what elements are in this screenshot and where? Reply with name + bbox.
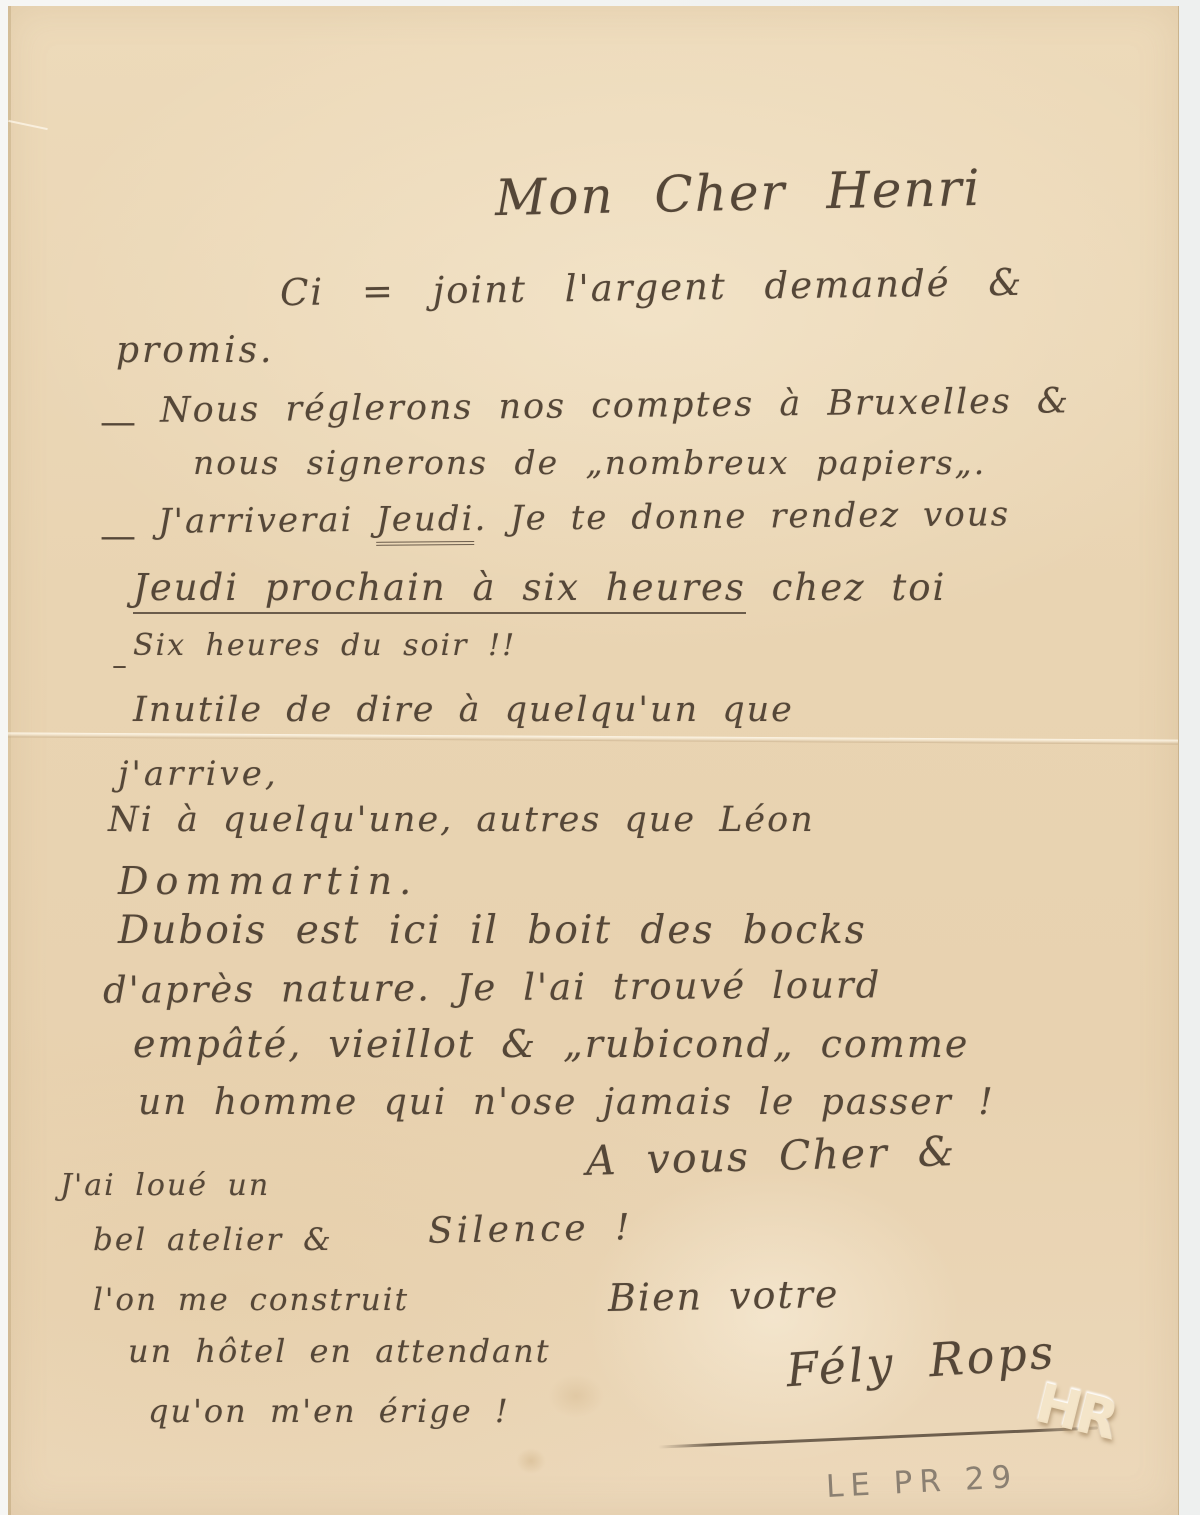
letter-line: promis. [116, 330, 275, 371]
letter-line: nous signerons de „nombreux papiers„. [193, 443, 986, 482]
letter-line: Inutile de dire à quelqu'un que [133, 690, 794, 730]
marginalia-line: bel atelier & [93, 1222, 333, 1258]
line-segment: chez toi [746, 566, 946, 609]
letter-line: Ci = joint l'argent demandé & [280, 261, 1024, 314]
horizontal-fold-crease [8, 732, 1178, 744]
marginalia-line: l'on me construit [93, 1282, 409, 1318]
letter-line: Jeudi prochain à six heures chez toi [133, 566, 946, 609]
deckle-edge-top [8, 6, 1178, 10]
margin-dash: – [112, 648, 127, 683]
letter-line: un homme qui n'ose jamais le passer ! [138, 1082, 995, 1123]
scan-background: { "document_type": "handwritten letter (… [0, 0, 1200, 1515]
letter-line: Nous réglerons nos comptes à Bruxelles & [160, 381, 1070, 431]
pencil-inventory-mark: LE PR 29 [825, 1459, 1019, 1505]
paper-stain [516, 1448, 546, 1474]
corner-crease [8, 120, 48, 130]
margin-dash: — [100, 516, 136, 557]
closing-line: Silence ! [428, 1207, 634, 1252]
closing-line: A vous Cher & [585, 1127, 956, 1185]
line-segment: . Je te donne rendez vous [474, 494, 1010, 539]
letter-line: Ni à quelqu'une, autres que Léon [108, 800, 815, 840]
letter-line: J'arriverai Jeudi. Je te donne rendez vo… [158, 494, 1010, 541]
closing-line: Bien votre [608, 1272, 840, 1320]
letter-line: Dubois est ici il boit des bocks [118, 908, 867, 953]
letter-line: Dommartin. [118, 859, 418, 903]
paper-left-edge [8, 6, 11, 1515]
marginalia-line: J'ai loué un [60, 1168, 270, 1203]
marginalia-line: un hôtel en attendant [128, 1332, 551, 1370]
letter-paper: Mon Cher Henri Ci = joint l'argent deman… [8, 6, 1179, 1515]
paper-stain [548, 1374, 604, 1418]
letter-line: d'après nature. Je l'ai trouvé lourd [103, 963, 882, 1011]
marginalia-line: qu'on m'en érige ! [148, 1392, 510, 1430]
salutation: Mon Cher Henri [494, 159, 982, 227]
letter-line: Six heures du soir !! [133, 628, 516, 663]
embossed-monogram-blindstamp: HR [1030, 1371, 1122, 1451]
underlined-phrase: Jeudi prochain à six heures [133, 566, 746, 614]
letter-line: j'arrive, [118, 754, 279, 794]
line-segment: J'arriverai [158, 500, 377, 542]
underlined-word: Jeudi [376, 499, 475, 546]
margin-dash: — [100, 402, 136, 443]
letter-line: empâté, vieillot & „rubicond„ comme [133, 1022, 969, 1066]
